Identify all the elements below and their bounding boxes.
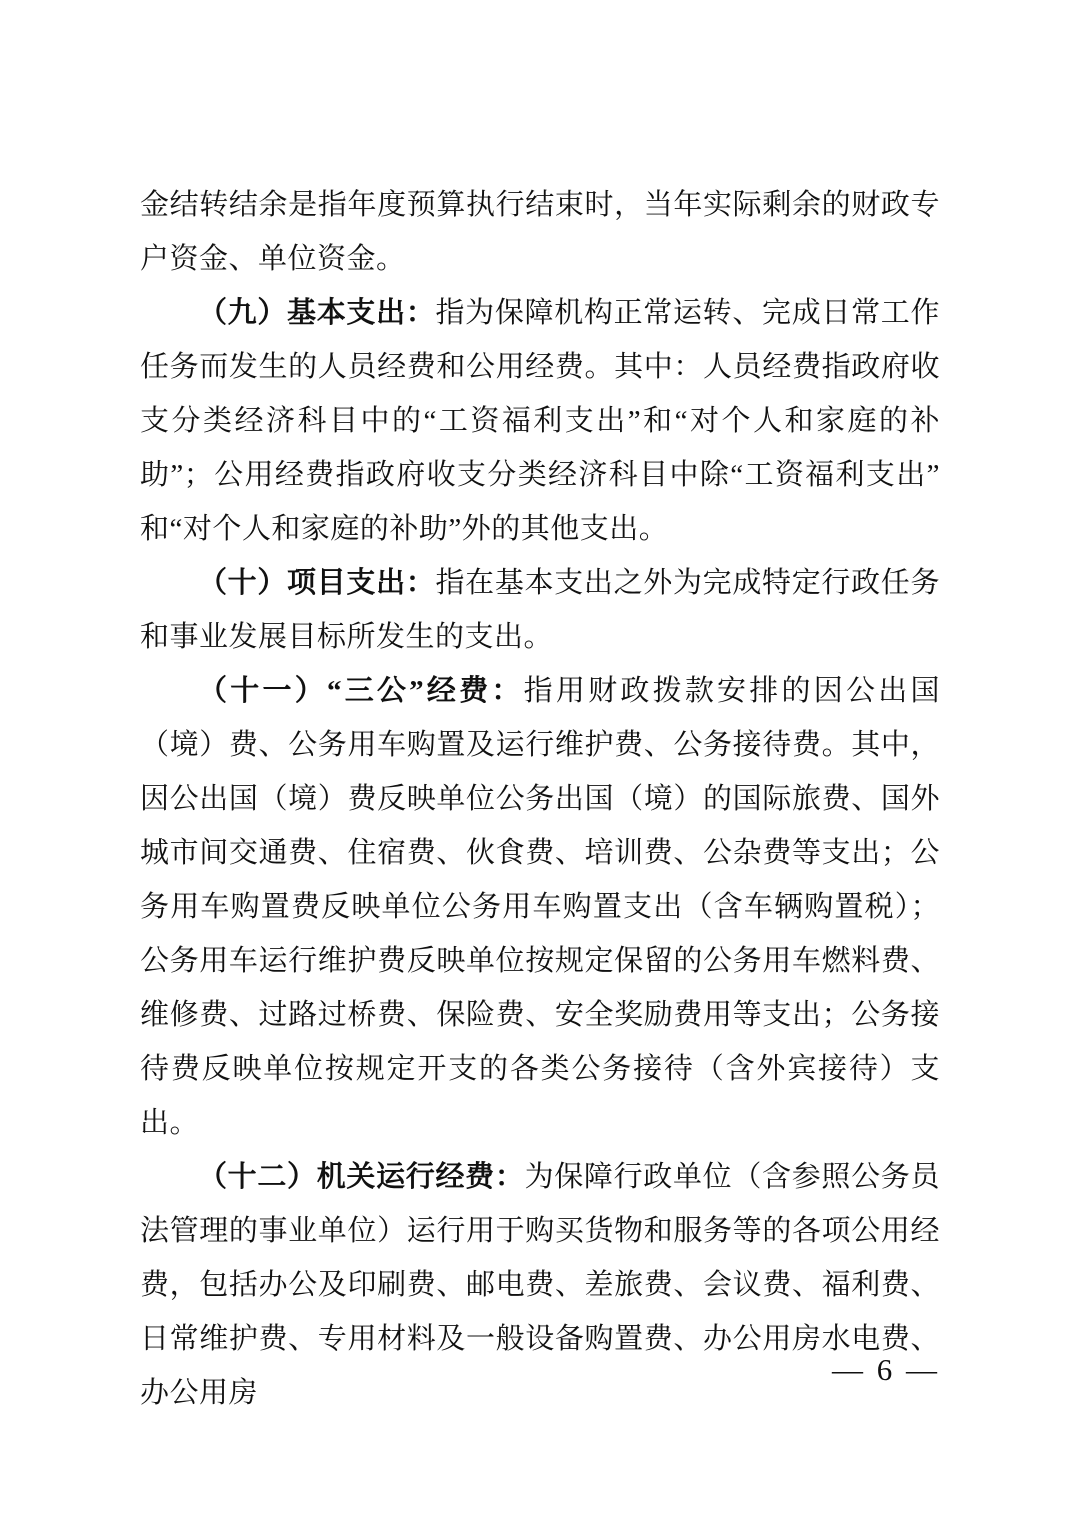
paragraph-text: 指为保障机构正常运转、完成日常工作任务而发生的人员经费和公用经费。其中：人员经费… [140,297,940,545]
paragraph-text: 指用财政拨款安排的因公出国（境）费、公务用车购置及运行维护费、公务接待费。其中，… [140,675,940,1139]
paragraph-continuation: 金结转结余是指年度预算执行结束时，当年实际剩余的财政专户资金、单位资金。 [140,178,940,286]
document-page: 金结转结余是指年度预算执行结束时，当年实际剩余的财政专户资金、单位资金。 （九）… [0,0,1074,1520]
paragraph-lead: （九）基本支出： [198,297,436,329]
page-number: — 6 — [832,1352,940,1388]
paragraph-text: 为保障行政单位（含参照公务员法管理的事业单位）运行用于购买货物和服务等的各项公用… [140,1161,940,1409]
paragraph-lead: （十一）“三公”经费： [198,675,524,707]
paragraph-item-10-project-expenditure: （十）项目支出：指在基本支出之外为完成特定行政任务和事业发展目标所发生的支出。 [140,556,940,664]
paragraph-text: 金结转结余是指年度预算执行结束时，当年实际剩余的财政专户资金、单位资金。 [140,189,940,275]
paragraph-lead: （十二）机关运行经费： [198,1161,525,1193]
paragraph-item-11-three-public-funds: （十一）“三公”经费：指用财政拨款安排的因公出国（境）费、公务用车购置及运行维护… [140,664,940,1150]
document-body: 金结转结余是指年度预算执行结束时，当年实际剩余的财政专户资金、单位资金。 （九）… [140,178,940,1420]
paragraph-item-9-basic-expenditure: （九）基本支出：指为保障机构正常运转、完成日常工作任务而发生的人员经费和公用经费… [140,286,940,556]
paragraph-lead: （十）项目支出： [198,567,436,599]
paragraph-item-12-agency-operating-funds: （十二）机关运行经费：为保障行政单位（含参照公务员法管理的事业单位）运行用于购买… [140,1150,940,1420]
